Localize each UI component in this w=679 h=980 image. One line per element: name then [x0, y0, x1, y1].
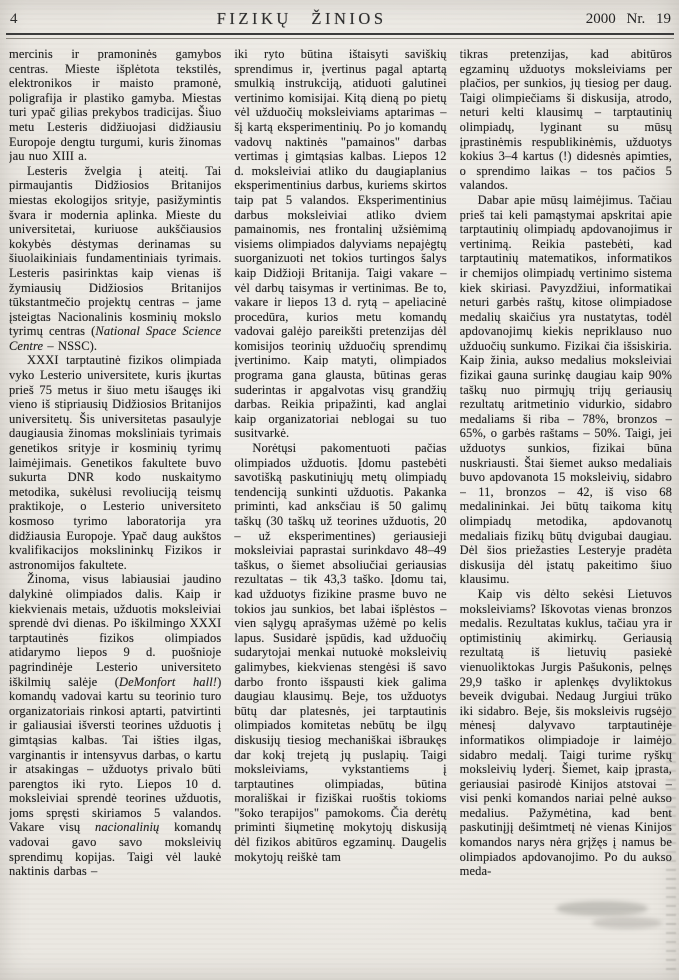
paragraph: Žinoma, visus labiausiai jaudino dalykin…: [9, 572, 221, 878]
journal-page: 4 FIZIKŲ ŽINIOS 2000 Nr. 19 mercinis ir …: [0, 0, 679, 980]
paragraph: Norėtųsi pakomentuoti pačias olimpiados …: [234, 441, 446, 864]
paragraph: mercinis ir pramoninės gamybos centras. …: [9, 47, 221, 164]
page-number: 4: [10, 11, 18, 28]
page-header: 4 FIZIKŲ ŽINIOS 2000 Nr. 19: [10, 7, 671, 31]
header-rule: [6, 33, 674, 39]
journal-title: FIZIKŲ ŽINIOS: [18, 9, 586, 29]
paragraph: tikras pretenzijas, kad abitūros egzamin…: [460, 47, 672, 193]
text-column-2: iki ryto būtina ištaisyti saviškių spren…: [234, 47, 446, 966]
paragraph: Lesteris žvelgia į ateitį. Tai pirmaujan…: [9, 164, 221, 354]
issue-info: 2000 Nr. 19: [586, 11, 671, 28]
text-column-3: tikras pretenzijas, kad abitūros egzamin…: [460, 47, 672, 966]
paragraph: XXXI tarptautinė fizikos olimpiada vyko …: [9, 353, 221, 572]
paragraph: iki ryto būtina ištaisyti saviškių spren…: [234, 47, 446, 441]
paragraph: Dabar apie mūsų laimėjimus. Tačiau prieš…: [460, 193, 672, 587]
paragraph: Kaip vis dėlto sekėsi Lietuvos moksleivi…: [460, 587, 672, 879]
article-body: mercinis ir pramoninės gamybos centras. …: [9, 47, 672, 966]
text-column-1: mercinis ir pramoninės gamybos centras. …: [9, 47, 221, 966]
